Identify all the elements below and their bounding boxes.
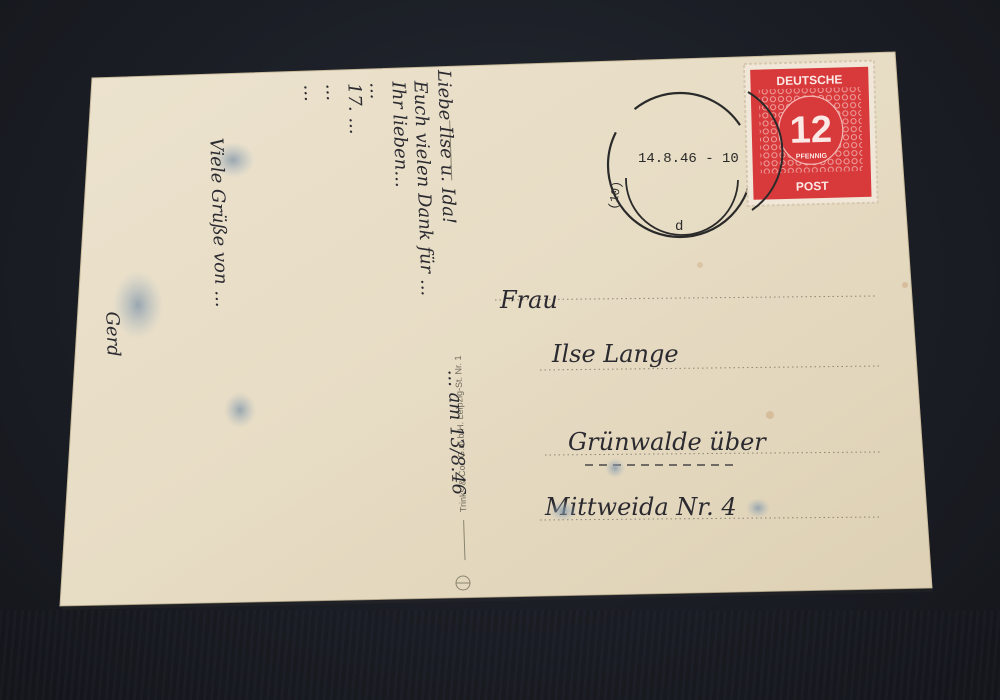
address-name: Ilse Lange [551, 340, 679, 368]
message-line: ... [365, 82, 387, 100]
message-line: 17. ... [343, 83, 366, 135]
postage-stamp: DEUTSCHE 12 PFENNIG POST [744, 61, 878, 206]
message-place-date: ... am 13/8.46 [443, 369, 468, 495]
stamp-value: 12 [789, 109, 832, 152]
stamp-country: DEUTSCHE [776, 72, 842, 88]
postmark-letter: d [675, 219, 683, 235]
message-line: Ihr lieben... [387, 80, 412, 188]
address-town: Grünwalde über [568, 428, 767, 456]
postmark-date: 14.8.46 - 10 [638, 151, 739, 167]
postcard: Trinks & Co., G.m.b.H. Leipzig-St. Nr. 1… [0, 0, 1000, 700]
message-line: ... [299, 84, 321, 102]
message-signature: Gerd [101, 311, 124, 357]
message-line: ... [321, 83, 343, 101]
stamp-footer: POST [796, 179, 830, 194]
stamp-unit: PFENNIG [796, 153, 828, 161]
address-salutation: Frau [499, 286, 558, 314]
